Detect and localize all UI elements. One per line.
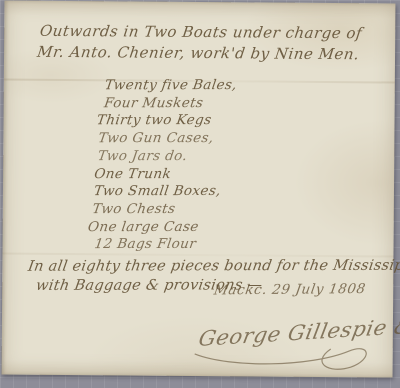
manuscript-paper: Outwards in Two Boats under charge of Mr…: [2, 0, 396, 377]
manifest-item: Two Gun Cases,: [97, 130, 231, 148]
dateline: Mackc. 29 July 1808: [213, 281, 367, 298]
manifest-item: Thirty two Kegs: [95, 113, 233, 131]
manifest-item: Two Small Boxes,: [93, 183, 224, 201]
manifest-item: Two Chests: [91, 201, 221, 219]
manifest-item: Twenty five Bales,: [103, 77, 238, 95]
manifest-item: Four Muskets: [103, 95, 236, 113]
photo-background: Outwards in Two Boats under charge of Mr…: [0, 0, 400, 388]
manifest-item: One large Case: [87, 219, 219, 237]
manifest-item-list: Twenty five Bales, Four Muskets Thirty t…: [81, 77, 238, 254]
heading-line: Outwards in Two Boats under charge of: [4, 20, 398, 44]
heading-line: Mr. Anto. Chenier, work'd by Nine Men.: [1, 41, 395, 65]
summary-line: In all eighty three pieces bound for the…: [27, 258, 400, 275]
signature-block: George Gillespie & Co.: [191, 310, 381, 373]
manifest-heading: Outwards in Two Boats under charge of Mr…: [1, 20, 397, 65]
manifest-item: Two Jars do.: [97, 148, 229, 166]
manifest-item: One Trunk: [93, 166, 226, 184]
manifest-item: 12 Bags Flour: [93, 236, 216, 254]
